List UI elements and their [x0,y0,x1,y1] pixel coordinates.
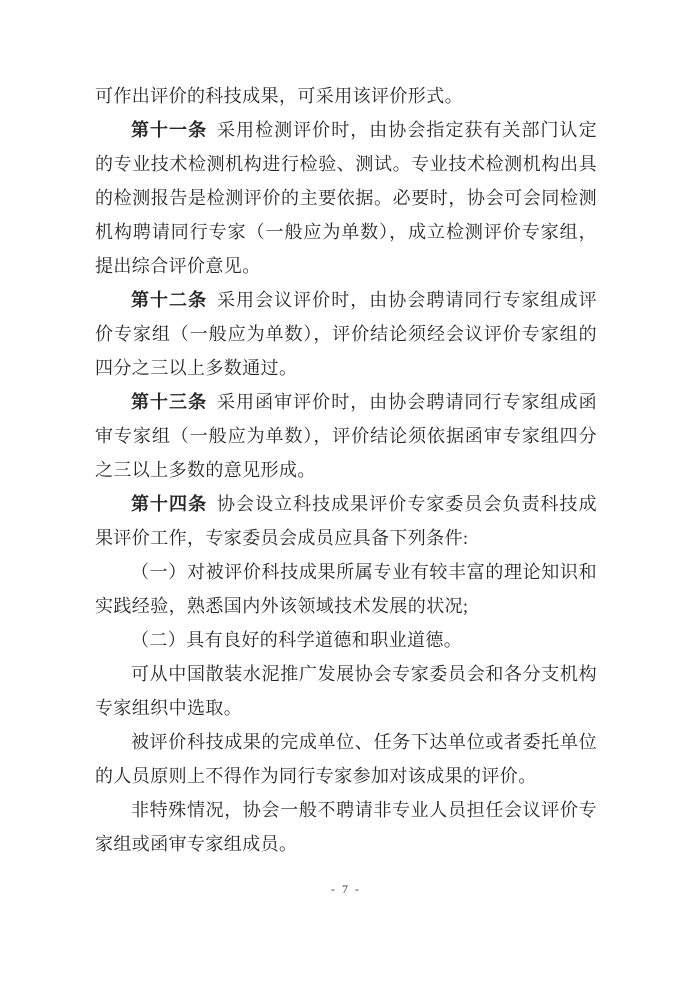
clause-number: 第十二条 [131,290,207,310]
paragraph-text: 采用检测评价时，由协会指定获有关部门认定的专业技术检测机构进行检验、测试。专业技… [95,120,597,276]
page-number: - 7 - [95,882,597,897]
paragraph-text: 非特殊情况，协会一般不聘请非专业人员担任会议评价专家组或函审专家组成员。 [95,800,597,854]
paragraph-article-11: 第十一条采用检测评价时，由协会指定获有关部门认定的专业技术检测机构进行检验、测试… [95,113,597,283]
paragraph-article-12: 第十二条采用会议评价时，由协会聘请同行专家组成评价专家组（一般应为单数），评价结… [95,283,597,385]
paragraph-selection: 可从中国散装水泥推广发展协会专家委员会和各分支机构专家组织中选取。 [95,657,597,725]
text-body: 可作出评价的科技成果，可采用该评价形式。 第十一条采用检测评价时，由协会指定获有… [95,79,597,861]
paragraph-article-14: 第十四条协会设立科技成果评价专家委员会负责科技成果评价工作，专家委员会成员应具备… [95,487,597,555]
clause-number: 第十一条 [131,120,207,140]
paragraph-text: 可作出评价的科技成果，可采用该评价形式。 [95,86,463,106]
paragraph-non-professional: 非特殊情况，协会一般不聘请非专业人员担任会议评价专家组或函审专家组成员。 [95,793,597,861]
paragraph-continuation: 可作出评价的科技成果，可采用该评价形式。 [95,79,597,113]
paragraph-text: 可从中国散装水泥推广发展协会专家委员会和各分支机构专家组织中选取。 [95,664,597,718]
paragraph-item-2: （二）具有良好的科学道德和职业道德。 [95,623,597,657]
paragraph-text: 被评价科技成果的完成单位、任务下达单位或者委托单位的人员原则上不得作为同行专家参… [95,732,597,786]
clause-number: 第十三条 [131,392,207,412]
paragraph-item-1: （一）对被评价科技成果所属专业有较丰富的理论知识和实践经验，熟悉国内外该领域技术… [95,555,597,623]
clause-number: 第十四条 [131,494,207,514]
paragraph-text: （二）具有良好的科学道德和职业道德。 [131,630,462,650]
paragraph-text: （一）对被评价科技成果所属专业有较丰富的理论知识和实践经验，熟悉国内外该领域技术… [95,562,597,616]
paragraph-exclusion: 被评价科技成果的完成单位、任务下达单位或者委托单位的人员原则上不得作为同行专家参… [95,725,597,793]
paragraph-article-13: 第十三条采用函审评价时，由协会聘请同行专家组成函审专家组（一般应为单数），评价结… [95,385,597,487]
document-page: 可作出评价的科技成果，可采用该评价形式。 第十一条采用检测评价时，由协会指定获有… [0,0,700,990]
